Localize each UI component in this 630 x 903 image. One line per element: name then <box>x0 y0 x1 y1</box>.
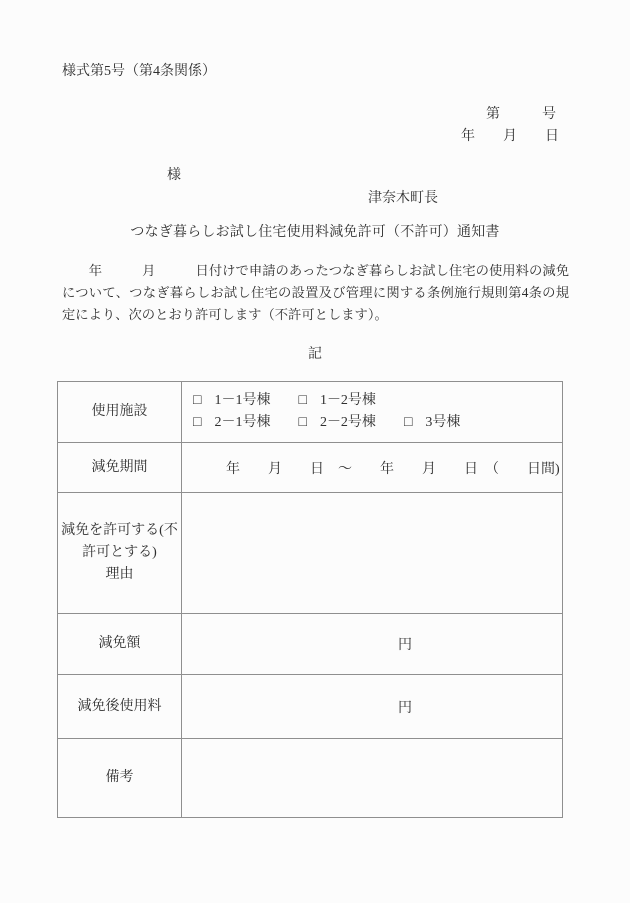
exemption-amount-cell: 円 <box>182 614 563 675</box>
section-marker: 記 <box>0 343 630 363</box>
fee-after-exemption-cell: 円 <box>182 675 563 739</box>
checkbox-icon: □ <box>193 415 201 430</box>
table-row: 減免期間 年 月 日 ～ 年 月 日 （ 日間) <box>58 443 563 493</box>
checkbox-icon: □ <box>193 393 201 408</box>
checkbox-option: □3号棟 <box>404 412 460 434</box>
checkbox-icon: □ <box>404 415 412 430</box>
facility-options-line-2: □2－1号棟 □2－2号棟 □3号棟 <box>193 412 562 434</box>
form-table: 使用施設 □1－1号棟 □1－2号棟 □2－1号棟 □2－2号棟 □3号棟 減免… <box>57 381 563 818</box>
body-line-3: 定により、次のとおり許可します（不許可とします）。 <box>62 304 569 326</box>
table-row: 減免後使用料 円 <box>58 675 563 739</box>
checkbox-icon: □ <box>298 393 306 408</box>
checkbox-label: 3号棟 <box>425 415 460 430</box>
document-page: 様式第5号（第4条関係） 第 号 年 月 日 様 津奈木町長 つなぎ暮らしお試し… <box>0 0 630 903</box>
label-reason-line-2: 許可とする) <box>58 542 181 564</box>
checkbox-option: □2－1号棟 <box>193 412 270 434</box>
label-reason-line-1: 減免を許可する(不 <box>58 520 181 542</box>
document-number: 第 号 <box>486 103 556 123</box>
label-reason: 減免を許可する(不 許可とする) 理由 <box>58 493 182 614</box>
exemption-period-cell: 年 月 日 ～ 年 月 日 （ 日間) <box>182 443 563 493</box>
body-paragraph: 年 月 日付けで申請のあったつなぎ暮らしお試し住宅の使用料の減免 について、つな… <box>62 260 569 326</box>
checkbox-option: □2－2号棟 <box>298 412 375 434</box>
table-row: 減免を許可する(不 許可とする) 理由 <box>58 493 563 614</box>
label-exemption-period: 減免期間 <box>58 443 182 493</box>
form-number: 様式第5号（第4条関係） <box>62 60 216 80</box>
table-row: 使用施設 □1－1号棟 □1－2号棟 □2－1号棟 □2－2号棟 □3号棟 <box>58 382 563 443</box>
checkbox-label: 1－2号棟 <box>320 393 376 408</box>
label-remarks: 備考 <box>58 739 182 818</box>
facility-options-line-1: □1－1号棟 □1－2号棟 <box>193 390 562 412</box>
label-reason-line-3: 理由 <box>58 564 181 586</box>
label-exemption-amount: 減免額 <box>58 614 182 675</box>
facility-options-cell: □1－1号棟 □1－2号棟 □2－1号棟 □2－2号棟 □3号棟 <box>182 382 563 443</box>
document-title: つなぎ暮らしお試し住宅使用料減免許可（不許可）通知書 <box>0 221 630 241</box>
remarks-cell <box>182 739 563 818</box>
table-row: 減免額 円 <box>58 614 563 675</box>
checkbox-icon: □ <box>298 415 306 430</box>
addressee-suffix: 様 <box>167 164 181 184</box>
checkbox-label: 1－1号棟 <box>214 393 270 408</box>
checkbox-option: □1－2号棟 <box>298 390 375 412</box>
sender-title: 津奈木町長 <box>368 187 438 207</box>
label-fee-after-exemption: 減免後使用料 <box>58 675 182 739</box>
checkbox-option: □1－1号棟 <box>193 390 270 412</box>
document-date: 年 月 日 <box>461 125 559 145</box>
reason-cell <box>182 493 563 614</box>
label-facility: 使用施設 <box>58 382 182 443</box>
table-row: 備考 <box>58 739 563 818</box>
checkbox-label: 2－2号棟 <box>320 415 376 430</box>
body-line-2: について、つなぎ暮らしお試し住宅の設置及び管理に関する条例施行規則第4条の規 <box>62 282 569 304</box>
checkbox-label: 2－1号棟 <box>214 415 270 430</box>
body-line-1: 年 月 日付けで申請のあったつなぎ暮らしお試し住宅の使用料の減免 <box>62 260 569 282</box>
